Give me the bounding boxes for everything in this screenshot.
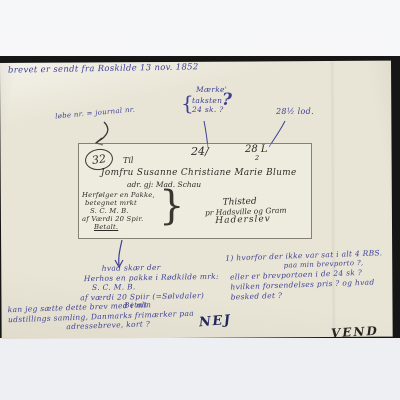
parcel-line: S. C. M. B. — [82, 207, 155, 215]
routing-block: Thisted pr Hadsville og Gram Haderslev — [205, 197, 287, 227]
parcel-line: af Værdi 20 Spir. — [82, 215, 155, 223]
parcel-line: Herfølger en Pakke, — [82, 191, 155, 199]
parcel-brace: } — [159, 186, 184, 226]
lod-weight-note: 28½ lod. — [276, 107, 314, 116]
postage-question-note: 1) hvorfor der ikke var sat i alt 4 RBS.… — [225, 248, 384, 302]
parcel-line: betegnet mrkt — [82, 199, 155, 207]
routing-signature: Haderslev — [205, 215, 287, 227]
envelope-sketch: 32 24/ 28 L 2 Til Jomfru Susanne Christi… — [78, 143, 312, 239]
exhibit-answer-nej: NEJ — [198, 313, 232, 331]
salutation: Til — [123, 156, 133, 165]
addressee-name: Jomfru Susanne Christiane Marie Blume — [101, 168, 297, 178]
parcel-declaration-block: Herfølger en Pakke, betegnet mrkt S. C. … — [82, 191, 155, 231]
turn-over-note: VEND — [331, 324, 380, 340]
maerke-question-mark: ? — [222, 90, 232, 110]
maerke-note-line3: 24 sk. ? — [192, 105, 224, 114]
parcel-line-betalt: Betalt. — [82, 223, 155, 231]
journal-number-value: 32 — [91, 152, 107, 167]
rate-marking: 24/ — [191, 145, 209, 158]
auction-photo-of-postal-cover: brevet er sendt fra Roskilde 13 nov. 185… — [0, 0, 400, 400]
maerke-note-line2: taksten — [192, 96, 222, 105]
weight-marking-sub: 2 — [255, 154, 259, 162]
